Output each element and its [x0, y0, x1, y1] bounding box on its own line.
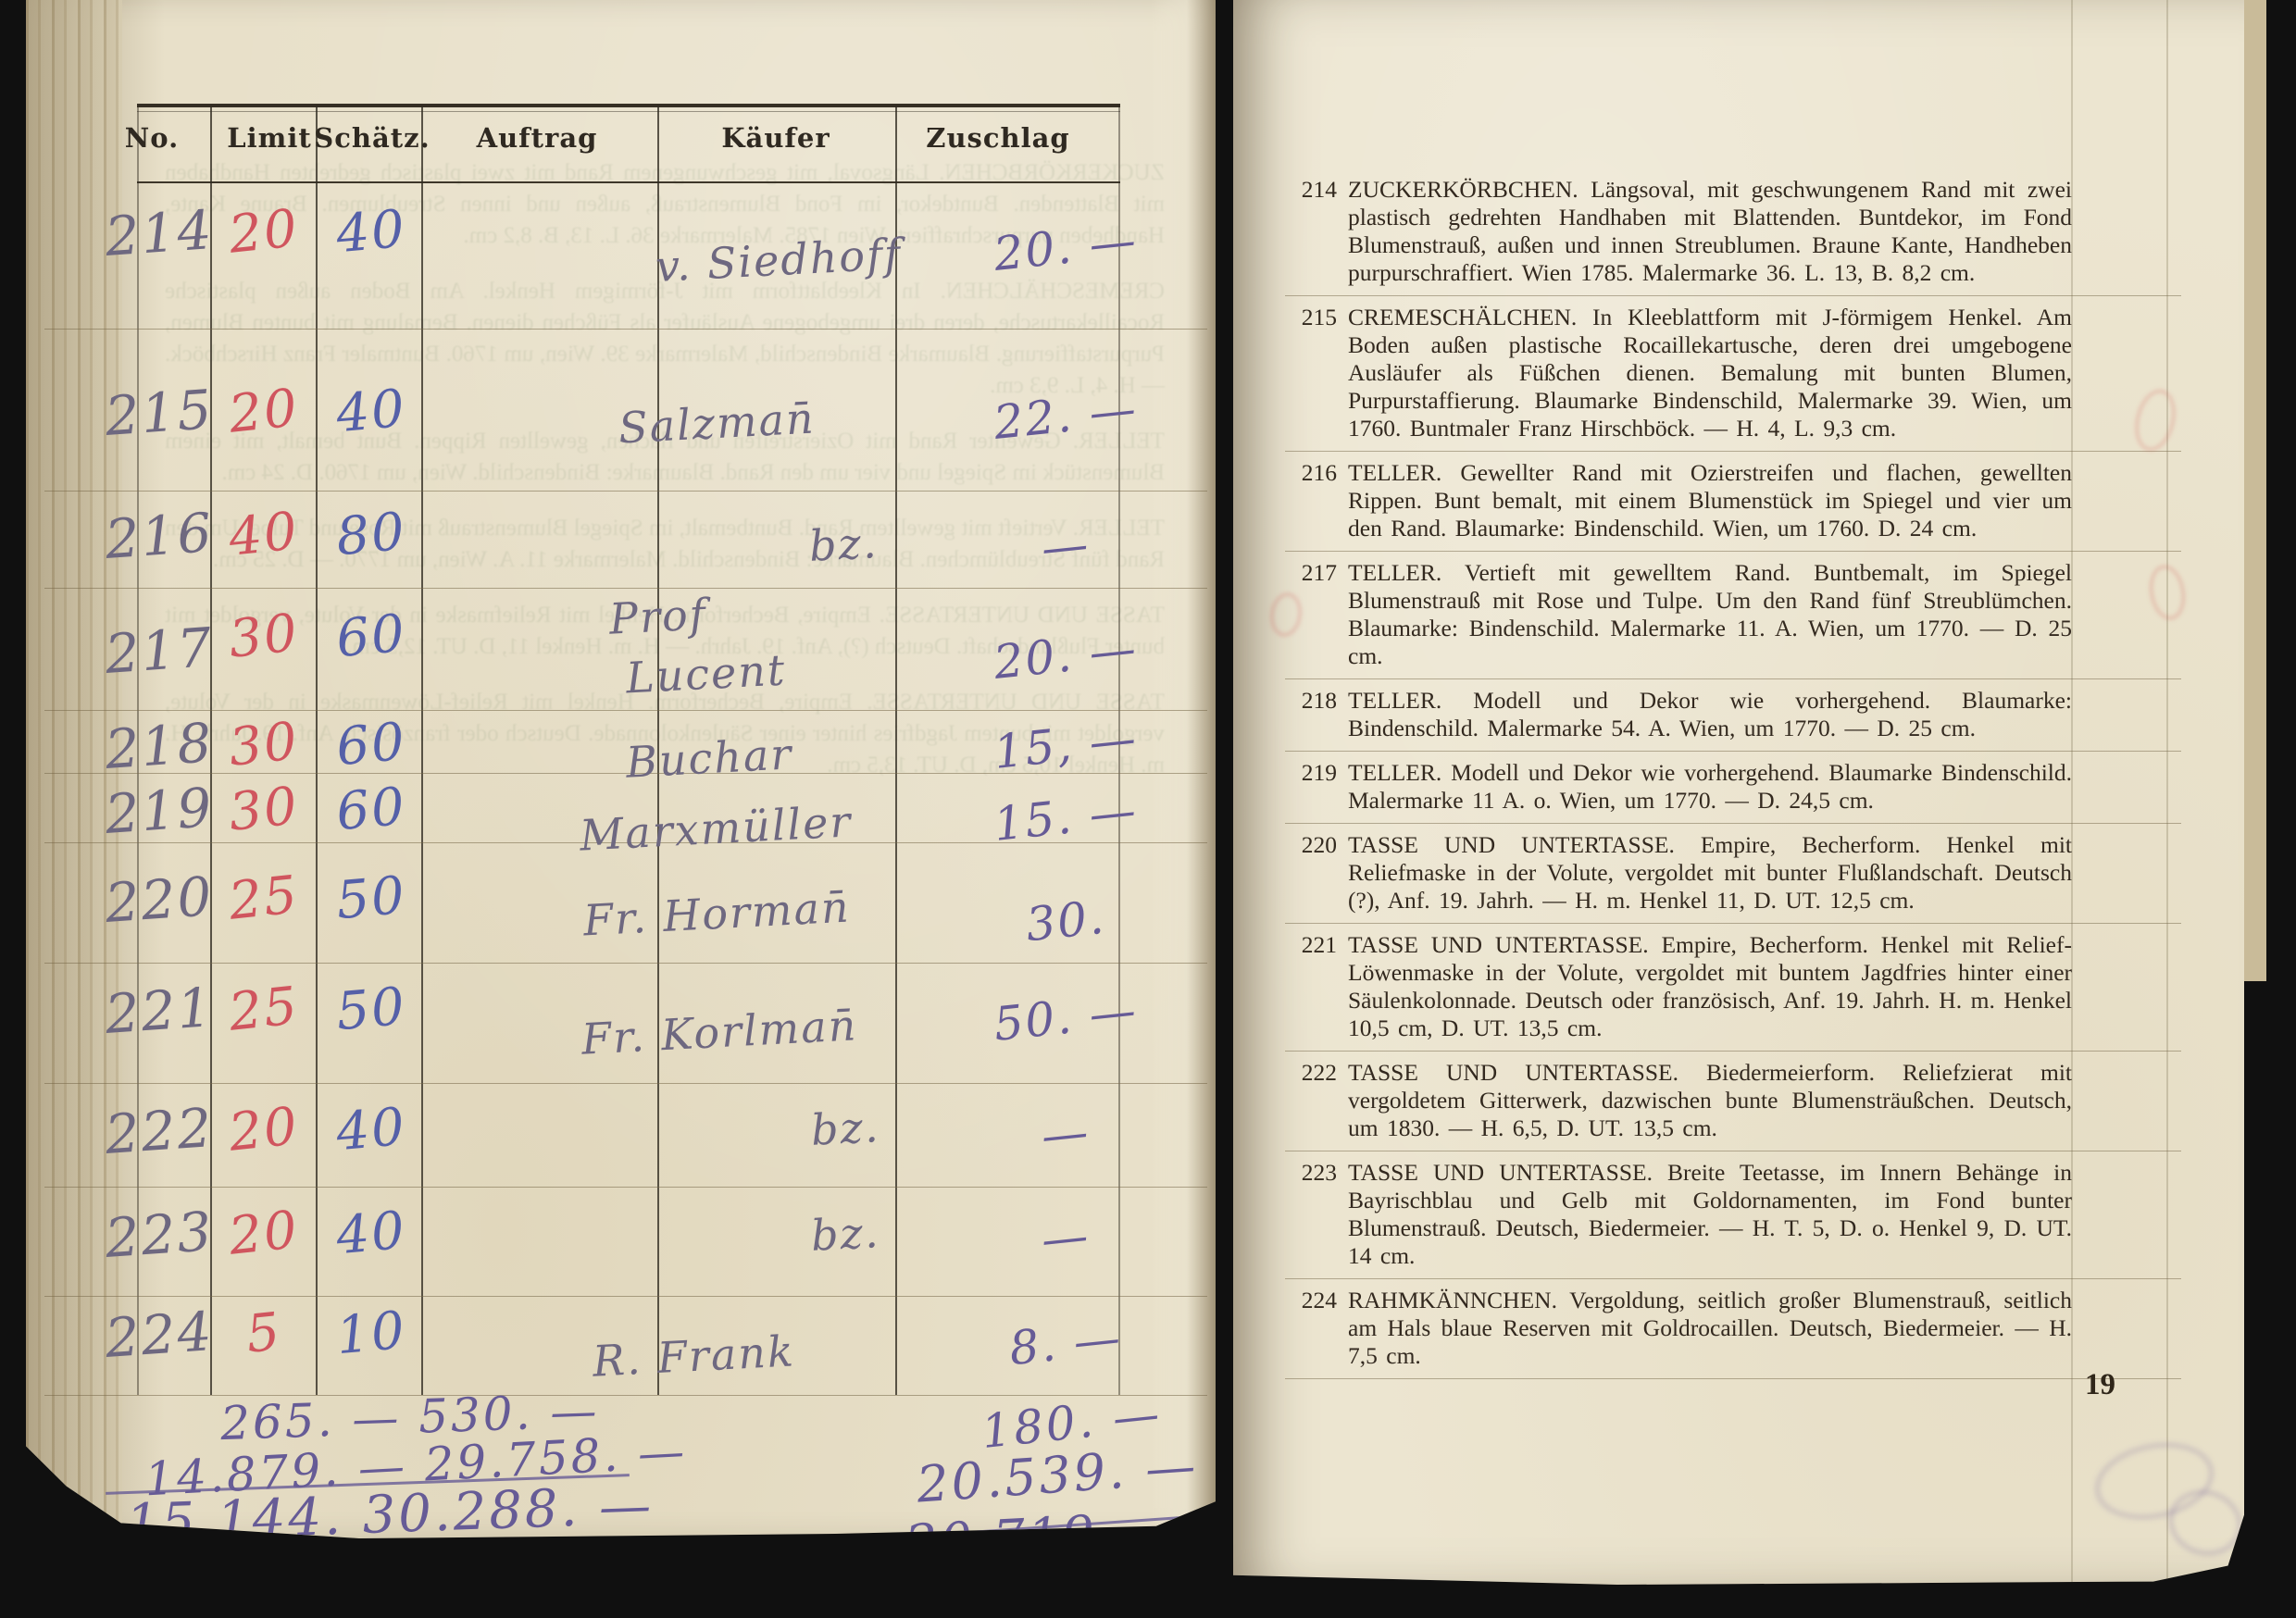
buyer-name: Fr. Horman̄ [582, 881, 852, 945]
lot-number: 214 [102, 198, 217, 268]
buyer-name: R. Frank [592, 1326, 796, 1386]
table-top-rule-thin [137, 111, 1120, 112]
catalog-entry-text: TELLER. Modell und Dekor wie vorhergehen… [1348, 687, 2072, 742]
table-vline [316, 106, 318, 1395]
lot-number: 222 [102, 1096, 217, 1166]
buyer-name: bz. [810, 1101, 881, 1155]
catalog-entry-223: 223 TASSE UND UNTERTASSE. Breite Teetass… [1285, 1151, 2181, 1279]
right-page-stack-edge [2240, 0, 2266, 981]
catalog-entry-text: TASSE UND UNTERTASSE. Empire, Becherform… [1348, 831, 2072, 915]
estimate-value: 50 [318, 975, 424, 1043]
lot-number: 217 [102, 616, 217, 686]
catalog-entry-text: CREMESCHÄLCHEN. In Kleeblattform mit J-f… [1348, 304, 2072, 442]
hammer-price: — [957, 1200, 1175, 1276]
catalog-entry-number: 222 [1285, 1059, 1337, 1142]
buyer-name-line2: Lucent [625, 645, 788, 703]
catalog-entry-220: 220 TASSE UND UNTERTASSE. Empire, Becher… [1285, 824, 2181, 924]
page-number: 19 [2085, 1368, 2115, 1402]
catalog-entry-number: 223 [1285, 1159, 1337, 1270]
catalog-entry-224: 224 RAHMKÄNNCHEN. Vergoldung, seitlich g… [1285, 1279, 2181, 1379]
catalog-entry-number: 216 [1285, 459, 1337, 542]
limit-value: 20 [210, 1094, 318, 1164]
catalog-entry-text: TELLER. Modell und Dekor wie vorhergehen… [1348, 759, 2072, 815]
hammer-price: — [957, 1096, 1175, 1172]
estimate-value: 10 [318, 1299, 424, 1367]
catalog-entry-text: TASSE UND UNTERTASSE. Biedermeierform. R… [1348, 1059, 2072, 1142]
table-top-rule [137, 104, 1120, 107]
limit-value: 30 [210, 774, 318, 844]
catalog-entry-number: 219 [1285, 759, 1337, 815]
catalog-entry-number: 214 [1285, 176, 1337, 287]
buyer-name: Salzman̄ [618, 392, 817, 453]
limit-value: 5 [210, 1298, 318, 1368]
lot-number: 224 [102, 1300, 217, 1370]
catalog-entry-text: ZUCKERKÖRBCHEN. Längsoval, mit geschwung… [1348, 176, 2072, 287]
lot-number: 221 [102, 976, 217, 1046]
lot-number: 216 [102, 501, 217, 571]
limit-value: 25 [210, 863, 318, 933]
buyer-name: bz. [808, 517, 880, 571]
estimate-value: 60 [318, 710, 424, 778]
estimate-value: 40 [318, 377, 424, 445]
buyer-name: Fr. Korlman̄ [580, 1000, 859, 1064]
limit-value: 40 [210, 499, 318, 569]
row-rule [44, 1296, 1207, 1297]
catalog-entry-text: TASSE UND UNTERTASSE. Empire, Becherform… [1348, 931, 2072, 1042]
catalog-entry-222: 222 TASSE UND UNTERTASSE. Biedermeierfor… [1285, 1052, 2181, 1151]
row-rule [44, 491, 1207, 492]
limit-value: 30 [210, 709, 318, 779]
lot-number: 223 [102, 1200, 217, 1270]
row-rule [44, 710, 1207, 711]
lot-number: 218 [102, 711, 217, 781]
catalog-entry-number: 218 [1285, 687, 1337, 742]
lot-number: 219 [102, 776, 217, 846]
table-vline [895, 106, 897, 1395]
left-ledger-page: ZUCKERKÖRBCHEN. Längsoval, mit geschwung… [26, 0, 1216, 1538]
column-header-auftrag: Auftrag [463, 122, 611, 154]
buyer-name: bz. [810, 1207, 881, 1261]
auction-ledger-photo: ZUCKERKÖRBCHEN. Längsoval, mit geschwung… [0, 0, 2296, 1618]
catalog-entry-text: TELLER. Gewellter Rand mit Ozierstreifen… [1348, 459, 2072, 542]
lot-number: 220 [102, 865, 217, 935]
row-rule [44, 1395, 1207, 1396]
catalog-entry-number: 220 [1285, 831, 1337, 915]
limit-value: 25 [210, 974, 318, 1044]
estimate-value: 40 [318, 1095, 424, 1164]
limit-value: 20 [210, 196, 318, 267]
row-rule [44, 1083, 1207, 1084]
catalog-entry-list: 214 ZUCKERKÖRBCHEN. Längsoval, mit gesch… [1285, 168, 2181, 1379]
estimate-value: 60 [318, 602, 424, 670]
estimate-value: 50 [318, 864, 424, 932]
buyer-name-line1: Prof [608, 589, 708, 643]
catalog-entry-text: TELLER. Vertieft mit gewelltem Rand. Bun… [1348, 559, 2072, 670]
hammer-price: 30. [957, 883, 1175, 959]
hammer-price: 50. — [957, 979, 1175, 1055]
buyer-name: Marxmüller [579, 796, 854, 860]
estimate-value: 40 [318, 1199, 424, 1267]
catalog-entry-215: 215 CREMESCHÄLCHEN. In Kleeblattform mit… [1285, 296, 2181, 452]
buyer-name: Buchar [625, 728, 794, 787]
catalog-entry-217: 217 TELLER. Vertieft mit gewelltem Rand.… [1285, 552, 2181, 679]
catalog-entry-221: 221 TASSE UND UNTERTASSE. Empire, Becher… [1285, 924, 2181, 1052]
catalog-entry-number: 224 [1285, 1287, 1337, 1370]
estimate-value: 40 [318, 197, 424, 266]
catalog-entry-number: 215 [1285, 304, 1337, 442]
catalog-entry-214: 214 ZUCKERKÖRBCHEN. Längsoval, mit gesch… [1285, 168, 2181, 296]
estimate-value: 60 [318, 775, 424, 843]
catalog-entry-number: 221 [1285, 931, 1337, 1042]
row-rule [44, 1187, 1207, 1188]
catalog-entry-text: TASSE UND UNTERTASSE. Breite Teetasse, i… [1348, 1159, 2072, 1270]
estimate-value: 80 [318, 500, 424, 568]
column-header-schaetz: Schätz. [298, 122, 446, 154]
ghost-paragraph: CREMESCHÄLCHEN. In Kleeblattform mit J-f… [165, 276, 1165, 402]
catalog-entry-218: 218 TELLER. Modell und Dekor wie vorherg… [1285, 679, 2181, 752]
catalog-entry-text: RAHMKÄNNCHEN. Vergoldung, seitlich große… [1348, 1287, 2072, 1370]
hammer-price: 8. — [957, 1305, 1175, 1381]
limit-value: 20 [210, 1198, 318, 1268]
right-catalog-page: 214 ZUCKERKÖRBCHEN. Längsoval, mit gesch… [1233, 0, 2244, 1585]
catalog-entry-219: 219 TELLER. Modell und Dekor wie vorherg… [1285, 752, 2181, 824]
row-rule [44, 963, 1207, 964]
limit-value: 30 [210, 601, 318, 671]
catalog-entry-216: 216 TELLER. Gewellter Rand mit Ozierstre… [1285, 452, 2181, 552]
column-header-kaeufer: Käufer [702, 122, 850, 154]
column-header-zuschlag: Zuschlag [924, 122, 1072, 154]
row-rule [44, 329, 1207, 330]
limit-value: 20 [210, 376, 318, 446]
header-bottom-rule [137, 181, 1120, 183]
row-rule [44, 588, 1207, 589]
lot-number: 215 [102, 378, 217, 448]
